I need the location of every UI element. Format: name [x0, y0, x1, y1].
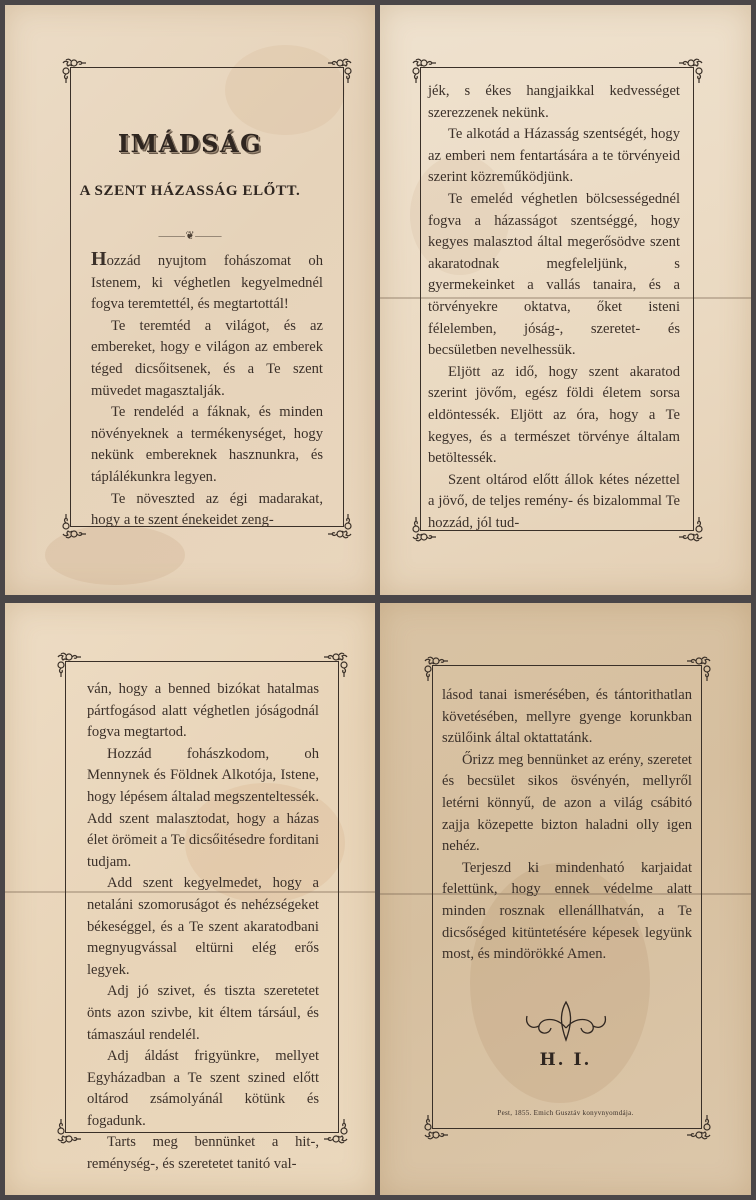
paragraph: Hozzád fohászkodom, oh Mennynek és Földn…: [87, 744, 319, 874]
printer-imprint: Pest, 1855. Emich Gusztáv konyvnyomdája.: [380, 1109, 751, 1117]
document-title: IMÁDSÁG: [5, 129, 375, 158]
paragraph: Őrizz meg bennünket az erény, szeretet é…: [442, 750, 692, 858]
paragraph: lásod tanai ismerésében, és tántorithatl…: [442, 685, 692, 750]
corner-ornament-icon: [324, 651, 350, 677]
corner-ornament-icon: [410, 57, 436, 83]
paragraph: Terjeszd ki mindenható karjaidat felettü…: [442, 858, 692, 966]
document-subtitle: A SZENT HÁZASSÁG ELŐTT.: [5, 183, 375, 200]
corner-ornament-icon: [687, 655, 713, 681]
divider-ornament-icon: ⸻❦⸻: [5, 227, 375, 243]
dropcap-letter: H: [91, 248, 107, 270]
paragraph: Hozzád nyujtom fohászomat oh Istenem, ki…: [91, 249, 323, 316]
page-4-text: lásod tanai ismerésében, és tántorithatl…: [442, 685, 692, 966]
page-2: jék, s ékes hangjaikkal kedvességet szer…: [380, 5, 751, 595]
corner-ornament-icon: [60, 514, 86, 540]
paragraph: Tarts meg bennünket a hit-, reménység-, …: [87, 1132, 319, 1175]
paragraph: jék, s ékes hangjaikkal kedvességet szer…: [428, 81, 680, 124]
paragraph: Szent oltárod előtt állok kétes nézettel…: [428, 470, 680, 535]
paragraph: Te alkotád a Házasság szentségét, hogy a…: [428, 124, 680, 189]
paragraph: Adj jó szivet, és tiszta szeretetet önts…: [87, 981, 319, 1046]
paragraph: ván, hogy a benned bizókat hatalmas párt…: [87, 679, 319, 744]
corner-ornament-icon: [422, 1115, 448, 1141]
page-2-text: jék, s ékes hangjaikkal kedvességet szer…: [428, 81, 680, 534]
paragraph: Adj áldást frigyünkre, mellyet Egyházadb…: [87, 1046, 319, 1132]
page-1: IMÁDSÁG A SZENT HÁZASSÁG ELŐTT. ⸻❦⸻ Hozz…: [5, 5, 375, 595]
paragraph: Te növeszted az égi madarakat, hogy a te…: [91, 489, 323, 532]
page-3-text: ván, hogy a benned bizókat hatalmas párt…: [87, 679, 319, 1176]
paragraph: Te teremtéd a világot, és az embereket, …: [91, 316, 323, 402]
corner-ornament-icon: [55, 651, 81, 677]
page-1-text: Hozzád nyujtom fohászomat oh Istenem, ki…: [91, 249, 323, 532]
corner-ornament-icon: [324, 1119, 350, 1145]
corner-ornament-icon: [328, 514, 354, 540]
flourish-ornament-icon: [380, 996, 751, 1050]
paragraph: Te emeléd véghetlen bölcsességednél fogv…: [428, 189, 680, 362]
page-3: ván, hogy a benned bizókat hatalmas párt…: [5, 603, 375, 1195]
paragraph: Te rendeléd a fáknak, és minden növények…: [91, 402, 323, 488]
page-4: lásod tanai ismerésében, és tántorithatl…: [380, 603, 751, 1195]
corner-ornament-icon: [687, 1115, 713, 1141]
corner-ornament-icon: [679, 57, 705, 83]
corner-ornament-icon: [55, 1119, 81, 1145]
paragraph: Eljött az idő, hogy szent akaratod szeri…: [428, 362, 680, 470]
corner-ornament-icon: [679, 517, 705, 543]
signature-initials: H. I.: [380, 1050, 751, 1070]
corner-ornament-icon: [60, 57, 86, 83]
corner-ornament-icon: [422, 655, 448, 681]
paragraph: Add szent kegyelmedet, hogy a netaláni s…: [87, 873, 319, 981]
corner-ornament-icon: [328, 57, 354, 83]
